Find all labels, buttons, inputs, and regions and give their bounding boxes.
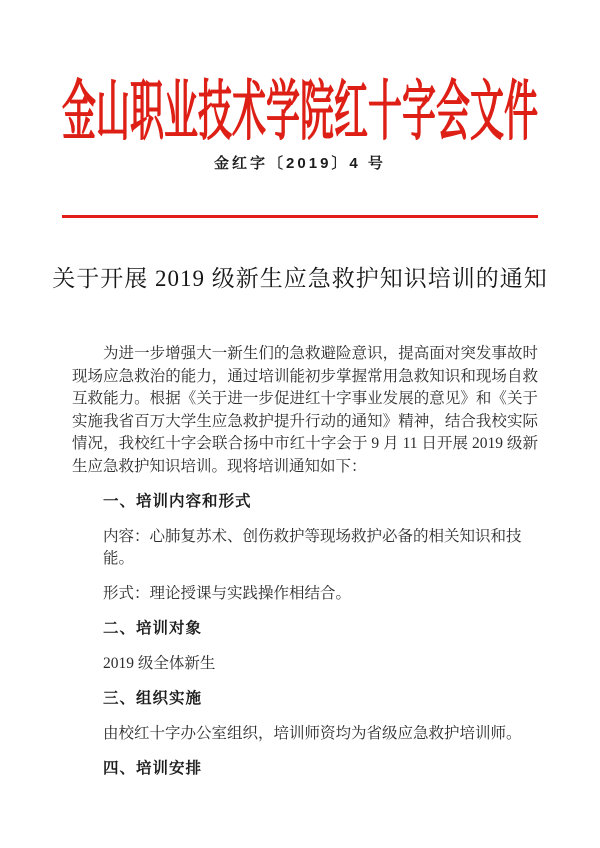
- section-heading-1: 一、培训内容和形式: [72, 491, 538, 513]
- section-heading-2: 二、培训对象: [72, 618, 538, 640]
- section-heading-4: 四、培训安排: [72, 758, 538, 780]
- section-heading-3: 三、组织实施: [72, 688, 538, 710]
- document-body: 为进一步增强大一新生们的急救避险意识，提高面对突发事故时现场应急救治的能力，通过…: [72, 343, 538, 780]
- notice-document-page: 金山职业技术学院红十字会文件 金红字〔2019〕4 号 关于开展 2019 级新…: [0, 0, 600, 848]
- document-title: 关于开展 2019 级新生应急救护知识培训的通知: [0, 260, 600, 293]
- letterhead-org-title: 金山职业技术学院红十字会文件: [62, 58, 538, 152]
- red-divider-line: [62, 215, 538, 218]
- letterhead: 金山职业技术学院红十字会文件: [0, 66, 600, 144]
- section-1-content-line: 内容：心肺复苏术、创伤救护等现场救护必备的相关知识和技能。: [72, 526, 538, 570]
- section-1-format-line: 形式：理论授课与实践操作相结合。: [72, 583, 538, 605]
- intro-paragraph: 为进一步增强大一新生们的急救避险意识，提高面对突发事故时现场应急救治的能力，通过…: [72, 343, 538, 478]
- section-3-organization-line: 由校红十字办公室组织，培训师资均为省级应急救护培训师。: [72, 723, 538, 745]
- section-2-audience-line: 2019 级全体新生: [72, 653, 538, 675]
- document-number: 金红字〔2019〕4 号: [0, 152, 600, 173]
